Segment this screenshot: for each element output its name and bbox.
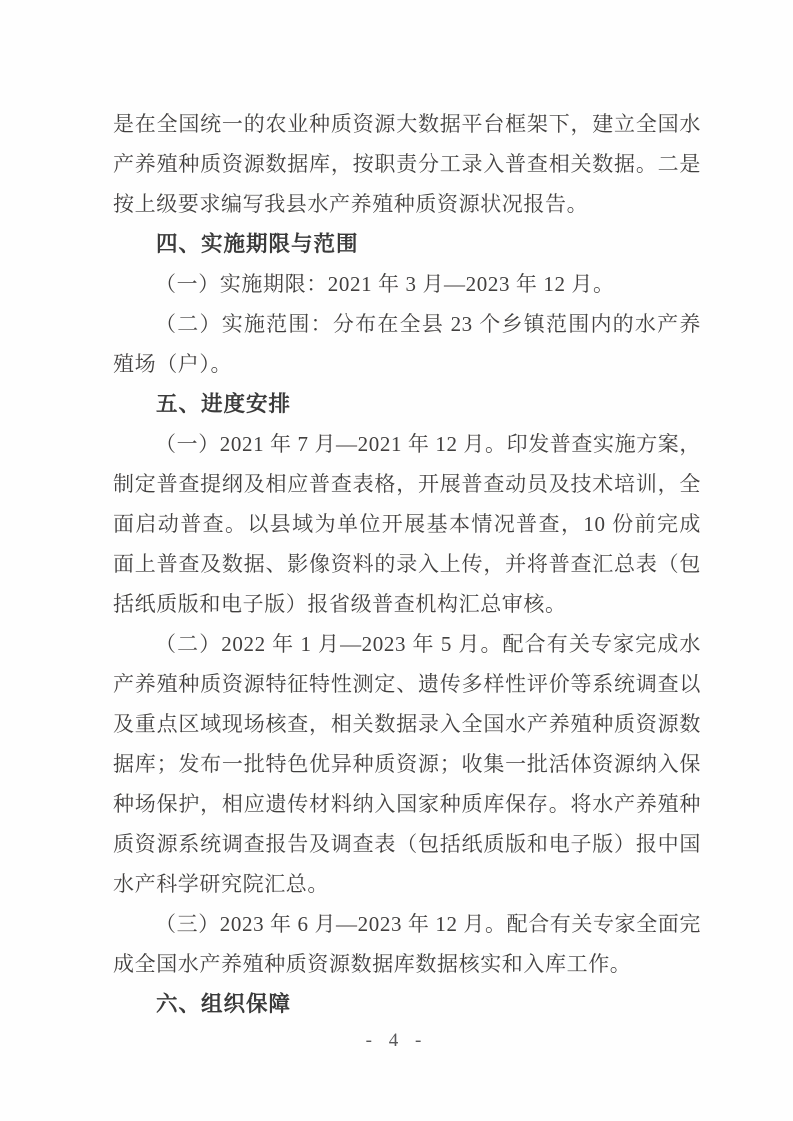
paragraph: （二）实施范围：分布在全县 23 个乡镇范围内的水产养殖场（户）。 bbox=[113, 304, 701, 384]
paragraph: 是在全国统一的农业种质资源大数据平台框架下，建立全国水产养殖种质资源数据库，按职… bbox=[113, 104, 701, 224]
paragraph: （一）实施期限：2021 年 3 月—2023 年 12 月。 bbox=[113, 264, 701, 304]
paragraph: （一）2021 年 7 月—2021 年 12 月。印发普查实施方案，制定普查提… bbox=[113, 424, 701, 624]
document-body: 是在全国统一的农业种质资源大数据平台框架下，建立全国水产养殖种质资源数据库，按职… bbox=[113, 104, 701, 1024]
page-number: - 4 - bbox=[0, 1030, 793, 1052]
section-heading: 四、实施期限与范围 bbox=[113, 224, 701, 264]
section-heading: 六、组织保障 bbox=[113, 984, 701, 1024]
paragraph: （二）2022 年 1 月—2023 年 5 月。配合有关专家完成水产养殖种质资… bbox=[113, 624, 701, 904]
document-page: 是在全国统一的农业种质资源大数据平台框架下，建立全国水产养殖种质资源数据库，按职… bbox=[0, 0, 793, 1121]
paragraph: （三）2023 年 6 月—2023 年 12 月。配合有关专家全面完成全国水产… bbox=[113, 904, 701, 984]
section-heading: 五、进度安排 bbox=[113, 384, 701, 424]
